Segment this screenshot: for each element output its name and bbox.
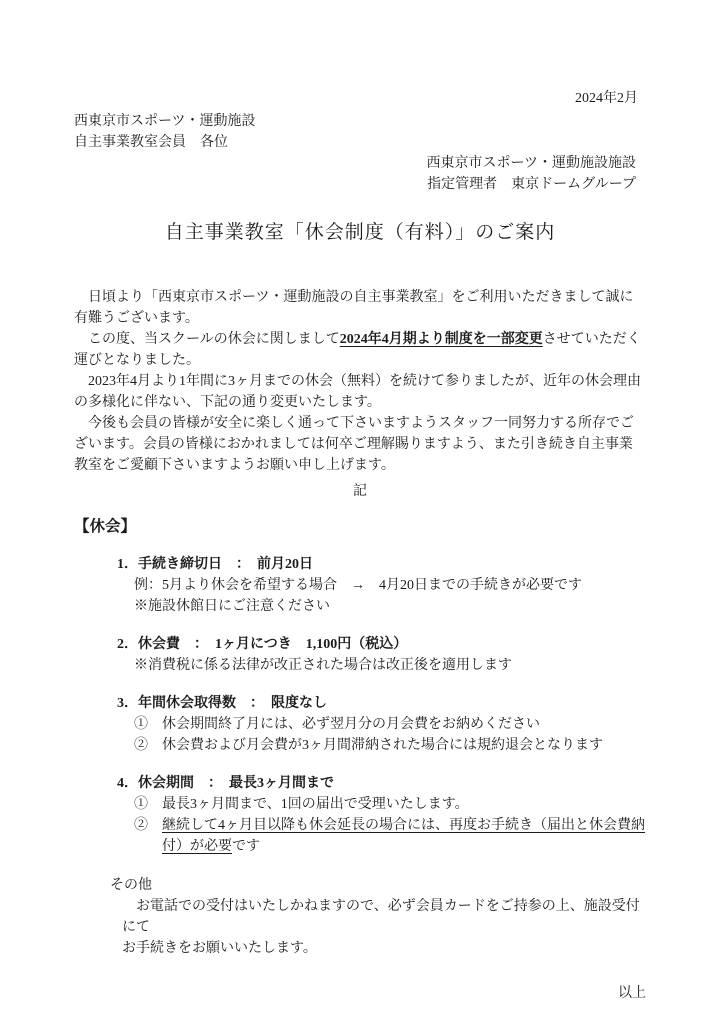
item-period-sub1: ① 最長3ヶ月間まで、1回の届出で受理いたします。 xyxy=(74,794,646,815)
paragraph-history: 2023年4月より1年間に3ヶ月までの休会（無料）を続けて参りましたが、近年の休… xyxy=(74,371,646,413)
item-annual-limit-sub2: ② 休会費および月会費が3ヶ月間滞納された場合には規約退会となります xyxy=(74,735,646,756)
item-deadline-heading: 1．手続き締切日 ： 前月20日 xyxy=(74,554,646,575)
paragraph-change-pre: この度、当スクールの休会に関しまして xyxy=(74,332,340,347)
other-line1: お電話での受付はいたしかねますので、必ず会員カードをご持参の上、施設受付にて xyxy=(74,896,646,938)
other-heading: その他 xyxy=(74,875,646,896)
item-fee-note: ※消費税に係る法律が改正された場合は改正後を適用します xyxy=(74,655,646,676)
item-period: 4．休会期間 ： 最長3ヶ月間まで ① 最長3ヶ月間まで、1回の届出で受理いたし… xyxy=(74,773,646,857)
item-annual-limit-heading: 3．年間休会取得数 ： 限度なし xyxy=(74,693,646,714)
item-fee-heading: 2．休会費 ： 1ヶ月につき 1,100円（税込） xyxy=(74,634,646,655)
item-deadline-example: 例：5月より休会を希望する場合 → 4月20日までの手続きが必要です xyxy=(74,575,646,596)
item-period-heading: 4．休会期間 ： 最長3ヶ月間まで xyxy=(74,773,646,794)
item-period-sub2-marker: ② xyxy=(134,818,162,833)
sender-block: 西東京市スポーツ・運動施設施設 指定管理者 東京ドームグループ xyxy=(74,153,646,195)
closing-marker: 以上 xyxy=(74,983,646,1004)
item-period-sub2: ② 継続して4ヶ月目以降も休会延長の場合には、再度お手続き（届出と休会費納付）が… xyxy=(74,815,646,857)
item-annual-limit-sub1: ① 休会期間終了月には、必ず翌月分の月会費をお納めください xyxy=(74,714,646,735)
recipient-block: 西東京市スポーツ・運動施設 自主事業教室会員 各位 xyxy=(74,111,646,153)
item-fee: 2．休会費 ： 1ヶ月につき 1,100円（税込） ※消費税に係る法律が改正され… xyxy=(74,634,646,676)
other-line2: お手続きをお願いいたします。 xyxy=(74,938,646,959)
document-page: 2024年2月 西東京市スポーツ・運動施設 自主事業教室会員 各位 西東京市スポ… xyxy=(0,0,724,1024)
recipient-members: 自主事業教室会員 各位 xyxy=(74,132,646,153)
sender-manager: 指定管理者 東京ドームグループ xyxy=(74,174,636,195)
item-deadline-note: ※施設休館日にご注意ください xyxy=(74,596,646,617)
page-title: 自主事業教室「休会制度（有料）」のご案内 xyxy=(74,219,646,247)
ki-marker: 記 xyxy=(74,481,646,502)
paragraph-request: 今後も会員の皆様が安全に楽しく通って下さいますようスタッフ一同努力する所存でござ… xyxy=(74,413,646,476)
item-period-sub2-post: です xyxy=(232,839,260,854)
date: 2024年2月 xyxy=(74,88,646,109)
item-annual-limit: 3．年間休会取得数 ： 限度なし ① 休会期間終了月には、必ず翌月分の月会費をお… xyxy=(74,693,646,756)
paragraph-change-notice: この度、当スクールの休会に関しまして2024年4月期より制度を一部変更させていた… xyxy=(74,329,646,371)
section-heading-kyukai: 【休会】 xyxy=(74,516,646,537)
item-deadline: 1．手続き締切日 ： 前月20日 例：5月より休会を希望する場合 → 4月20日… xyxy=(74,554,646,617)
paragraph-greeting: 日頃より「西東京市スポーツ・運動施設の自主事業教室」をご利用いただきまして誠に有… xyxy=(74,287,646,329)
sender-facility: 西東京市スポーツ・運動施設施設 xyxy=(74,153,636,174)
recipient-facility: 西東京市スポーツ・運動施設 xyxy=(74,111,646,132)
paragraph-change-emphasis: 2024年4月期より制度を一部変更 xyxy=(340,332,543,347)
other-section: その他 お電話での受付はいたしかねますので、必ず会員カードをご持参の上、施設受付… xyxy=(74,875,646,959)
